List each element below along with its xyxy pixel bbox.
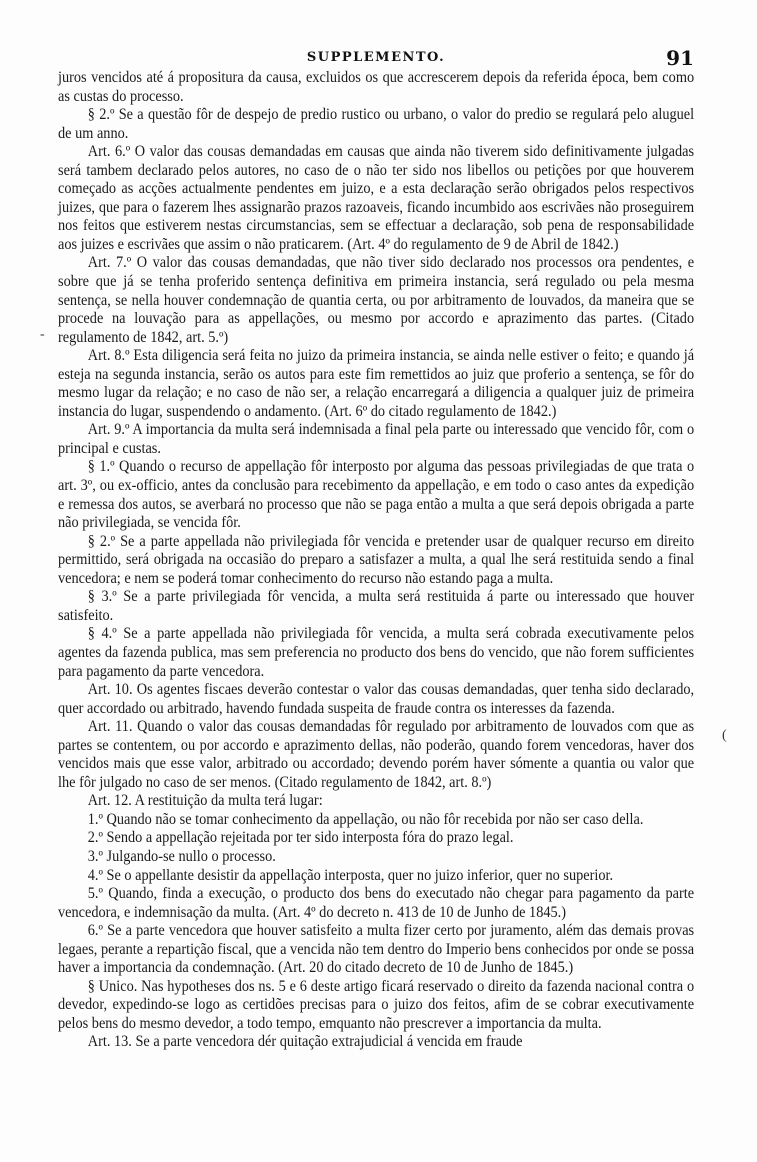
paragraph-art-9-s3: § 3.º Se a parte privilegiada fôr vencid… [58,588,694,625]
paragraph-continuation: juros vencidos até á propositura da caus… [58,69,694,106]
paragraph-art-9-s1: § 1.º Quando o recurso de appellação fôr… [58,458,694,532]
paragraph-art-11: Art. 11. Quando o valor das cousas deman… [58,718,694,792]
paragraph-section-2: § 2.º Se a questão fôr de despejo de pre… [58,106,694,143]
paragraph-art-12-item-2: 2.º Sendo a appellação rejeitada por ter… [58,829,694,848]
paragraph-art-12-item-1: 1.º Quando não se tomar conhecimento da … [58,811,694,830]
paragraph-art-9-s2: § 2.º Se a parte appellada não privilegi… [58,533,694,589]
paragraph-art-12-item-4: 4.º Se o appellante desistir da appellaç… [58,867,694,886]
margin-dash-mark: - [40,327,45,343]
paragraph-art-10: Art. 10. Os agentes fiscaes deverão cont… [58,681,694,718]
running-title: SUPPLEMENTO. [58,50,694,65]
margin-paren-mark: ( [722,728,727,744]
paragraph-art-12: Art. 12. A restituição da multa terá lug… [58,792,694,811]
paragraph-art-9-s4: § 4.º Se a parte appellada não privilegi… [58,625,694,681]
paragraph-art-12-item-3: 3.º Julgando-se nullo o processo. [58,848,694,867]
paragraph-art-13: Art. 13. Se a parte vencedora dér quitaç… [58,1033,694,1052]
paragraph-art-12-item-5: 5.º Quando, finda a execução, o producto… [58,885,694,922]
paragraph-unico: § Unico. Nas hypotheses dos ns. 5 e 6 de… [58,978,694,1034]
page-number: 91 [666,46,694,70]
document-page: SUPPLEMENTO. 91 juros vencidos até á pro… [0,0,757,1162]
body-text: juros vencidos até á propositura da caus… [58,69,694,1052]
paragraph-art-8: Art. 8.º Esta diligencia será feita no j… [58,347,694,421]
paragraph-art-7: Art. 7.º O valor das cousas demandadas, … [58,254,694,347]
paragraph-art-6: Art. 6.º O valor das cousas demandadas e… [58,143,694,254]
paragraph-art-12-item-6: 6.º Se a parte vencedora que houver sati… [58,922,694,978]
paragraph-art-9: Art. 9.º A importancia da multa será ind… [58,421,694,458]
